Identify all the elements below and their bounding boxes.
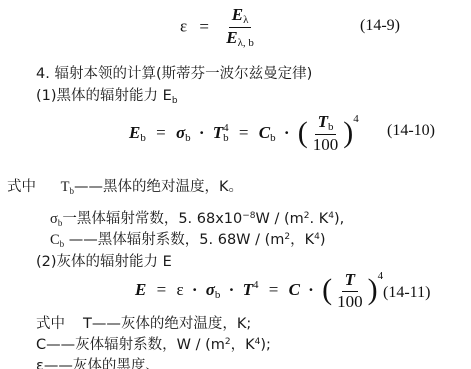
defs2-lead: 式中 [36, 316, 65, 332]
fraction: Tb 100 [310, 113, 342, 155]
equation-number-14-11: (14-11) [383, 284, 430, 302]
equals-sign-2: = [269, 280, 279, 299]
t-base: T [213, 123, 223, 142]
sigma-base: σ [206, 280, 215, 299]
t-base: T [243, 280, 253, 299]
c-unit2: ，K [231, 337, 255, 353]
sigma-unit: W / (m [256, 211, 304, 227]
equals-sign: = [156, 123, 166, 142]
e-lhs: E [135, 280, 146, 299]
defs2-line-3: ε——灰体的黑度、 [36, 354, 160, 369]
equation-14-9: ε = Eλ Eλ, b [180, 6, 259, 49]
cb-tail: ) [320, 232, 326, 248]
sigma-sub: b [185, 132, 191, 144]
numerator-sub: λ [243, 14, 248, 26]
frac-den: 100 [334, 292, 366, 312]
sigma-unit2: . K [310, 211, 329, 227]
defs2-line-1: 式中T——灰体的绝对温度，K; [36, 312, 251, 333]
denominator-base: E [226, 28, 237, 47]
sigma-exp: −8 [242, 211, 255, 221]
right-paren: ) [368, 273, 378, 306]
c-def: C——灰体辐射系数，W / (m [36, 337, 225, 353]
eb-base: E [129, 123, 140, 142]
sigma-sub: b [215, 289, 221, 301]
power: 4 [378, 270, 384, 282]
dot-operator-2: · [284, 123, 290, 142]
cb-unit2: ，K [290, 232, 314, 248]
t-def: T——灰体的绝对温度，K; [83, 316, 251, 332]
defs1-line-1: 式中 Tb——黑体的绝对温度，K。 [7, 175, 243, 196]
power: 4 [353, 113, 359, 125]
equals-sign: = [199, 17, 209, 36]
equation-14-11: E = ε · σb · T4 = C · ( T 100 )4 [135, 270, 383, 311]
equation-number-14-10: (14-10) [387, 122, 435, 140]
cb-text: ——黑体辐射系数，5. 68W / (m [64, 232, 284, 248]
dot-operator: · [199, 123, 205, 142]
cb-sub: b [270, 132, 276, 144]
fraction: T 100 [334, 271, 366, 311]
equals-sign: = [157, 280, 167, 299]
dot-operator-2: · [229, 280, 235, 299]
right-paren: ) [343, 116, 353, 149]
t-sup: 4 [253, 279, 259, 291]
denominator-sub: λ, b [238, 37, 254, 49]
epsilon-symbol: ε [180, 17, 187, 36]
sigma-tail: ), [334, 211, 344, 227]
numerator-base: E [232, 5, 243, 24]
sigma-text: 一黑体辐射常数，5. 68x10 [62, 211, 242, 227]
frac-num-base: T [318, 112, 328, 131]
cb-sym: C [50, 232, 60, 248]
epsilon-def: ε——灰体的黑度、 [36, 358, 160, 369]
c-term: C [289, 280, 300, 299]
numerator: Eλ [229, 6, 252, 28]
sigma-base: σ [176, 123, 185, 142]
defs1-line-3: Cb ——黑体辐射系数，5. 68W / (m2，K4) [50, 228, 326, 249]
frac-den: 100 [310, 135, 342, 155]
t-sub: b [223, 134, 229, 144]
defs1-line-2: σb一黑体辐射常数，5. 68x10−8W / (m2. K4), [50, 207, 344, 228]
fraction: Eλ Eλ, b [223, 6, 257, 49]
tb-text: ——黑体的绝对温度，K。 [74, 179, 243, 195]
left-paren: ( [322, 273, 332, 306]
equals-sign-2: = [239, 123, 249, 142]
defs1-lead: 式中 [7, 179, 36, 195]
frac-num-sub: b [328, 121, 334, 133]
dot-operator-3: · [308, 280, 314, 299]
cb-base: C [259, 123, 270, 142]
subsection-graybody: (2)灰体的辐射能力 E [36, 250, 172, 271]
c-tail: ); [260, 337, 271, 353]
defs2-line-2: C——灰体辐射系数，W / (m2，K4); [36, 333, 271, 354]
subsection-blackbody-sub: b [172, 96, 178, 106]
frac-num: T [342, 271, 358, 292]
subsection-blackbody: (1)黑体的辐射能力 Eb [36, 84, 178, 106]
equation-number-14-9: (14-9) [360, 17, 400, 35]
subsection-blackbody-label: (1)黑体的辐射能力 E [36, 88, 172, 104]
dot-operator: · [192, 280, 198, 299]
eb-sub: b [140, 132, 146, 144]
equation-14-10: Eb = σb · T4b = Cb · ( Tb 100 )4 [129, 113, 359, 155]
left-paren: ( [298, 116, 308, 149]
sigma-sym: σ [50, 211, 58, 227]
denominator: Eλ, b [223, 28, 257, 49]
section-heading: 4. 辐射本领的计算(斯蒂芬一波尔兹曼定律) [36, 62, 312, 83]
epsilon: ε [176, 280, 183, 299]
